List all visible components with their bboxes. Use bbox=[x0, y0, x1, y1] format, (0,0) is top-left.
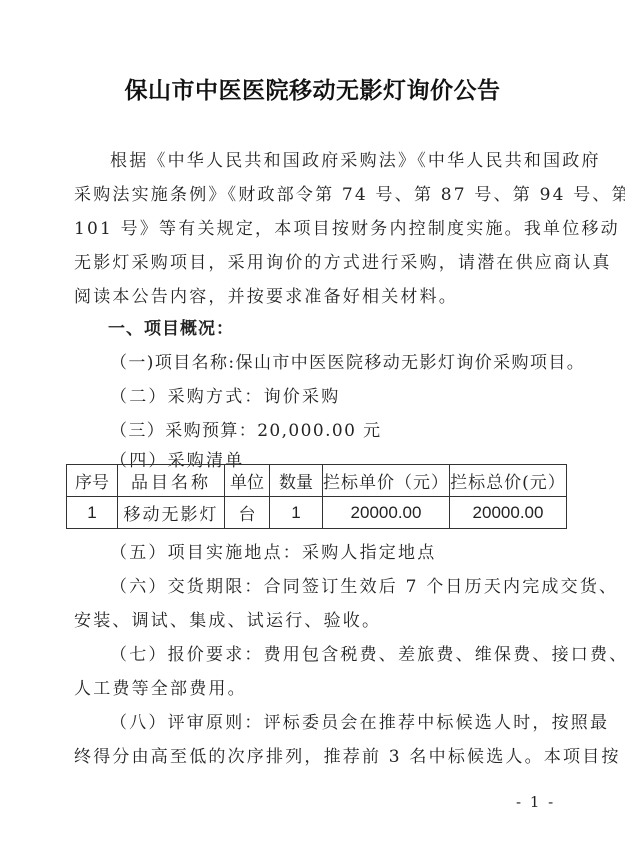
item-delivery-line-1: （六）交货期限：合同签订生效后 7 个日历天内完成交货、 bbox=[110, 576, 600, 598]
item-quote-line-2: 人工费等全部费用。 bbox=[74, 678, 564, 700]
cell-item-name: 移动无影灯 bbox=[118, 497, 225, 529]
document-title: 保山市中医医院移动无影灯询价公告 bbox=[0, 72, 625, 105]
cell-unit-price: 20000.00 bbox=[323, 497, 450, 529]
section-heading-overview: 一、项目概况： bbox=[108, 318, 598, 340]
item-delivery-line-2: 安装、调试、集成、试运行、验收。 bbox=[74, 610, 564, 632]
cell-quantity: 1 bbox=[270, 497, 323, 529]
cell-unit: 台 bbox=[225, 497, 270, 529]
item-quote-line-1: （七）报价要求：费用包含税费、差旅费、维保费、接口费、 bbox=[110, 644, 600, 666]
cell-total-price: 20000.00 bbox=[450, 497, 567, 529]
intro-line-2: 采购法实施条例》《财政部令第 74 号、第 87 号、第 94 号、第 bbox=[74, 184, 564, 206]
header-cell-unit-price: 拦标单价（元） bbox=[323, 465, 450, 497]
intro-line-1: 根据《中华人民共和国政府采购法》《中华人民共和国政府 bbox=[110, 150, 600, 172]
table-row: 1 移动无影灯 台 1 20000.00 20000.00 bbox=[67, 497, 567, 529]
procurement-table: 序号 品目名称 单位 数量 拦标单价（元） 拦标总价(元） 1 移动无影灯 台 … bbox=[66, 464, 567, 529]
page-number: - 1 - bbox=[516, 793, 555, 811]
intro-line-5: 阅读本公告内容，并按要求准备好相关材料。 bbox=[74, 286, 564, 308]
header-cell-index: 序号 bbox=[67, 465, 118, 497]
item-procurement-method: （二）采购方式：询价采购 bbox=[110, 386, 600, 408]
header-cell-item-name: 品目名称 bbox=[118, 465, 225, 497]
intro-line-3: 101 号》等有关规定，本项目按财务内控制度实施。我单位移动 bbox=[74, 218, 564, 240]
header-cell-total-price: 拦标总价(元） bbox=[450, 465, 567, 497]
document-page: 保山市中医医院移动无影灯询价公告 根据《中华人民共和国政府采购法》《中华人民共和… bbox=[0, 0, 625, 856]
item-location: （五）项目实施地点：采购人指定地点 bbox=[110, 542, 600, 564]
intro-line-4: 无影灯采购项目，采用询价的方式进行采购，请潜在供应商认真 bbox=[74, 252, 564, 274]
cell-index: 1 bbox=[67, 497, 118, 529]
item-budget: （三）采购预算：20,000.00 元 bbox=[110, 420, 600, 442]
header-cell-unit: 单位 bbox=[225, 465, 270, 497]
item-review-line-2: 终得分由高至低的次序排列，推荐前 3 名中标候选人。本项目按 bbox=[74, 746, 564, 768]
table-header-row: 序号 品目名称 单位 数量 拦标单价（元） 拦标总价(元） bbox=[67, 465, 567, 497]
header-cell-quantity: 数量 bbox=[270, 465, 323, 497]
item-project-name: （一)项目名称:保山市中医医院移动无影灯询价采购项目。 bbox=[110, 352, 600, 374]
item-review-line-1: （八）评审原则：评标委员会在推荐中标候选人时，按照最 bbox=[110, 712, 600, 734]
